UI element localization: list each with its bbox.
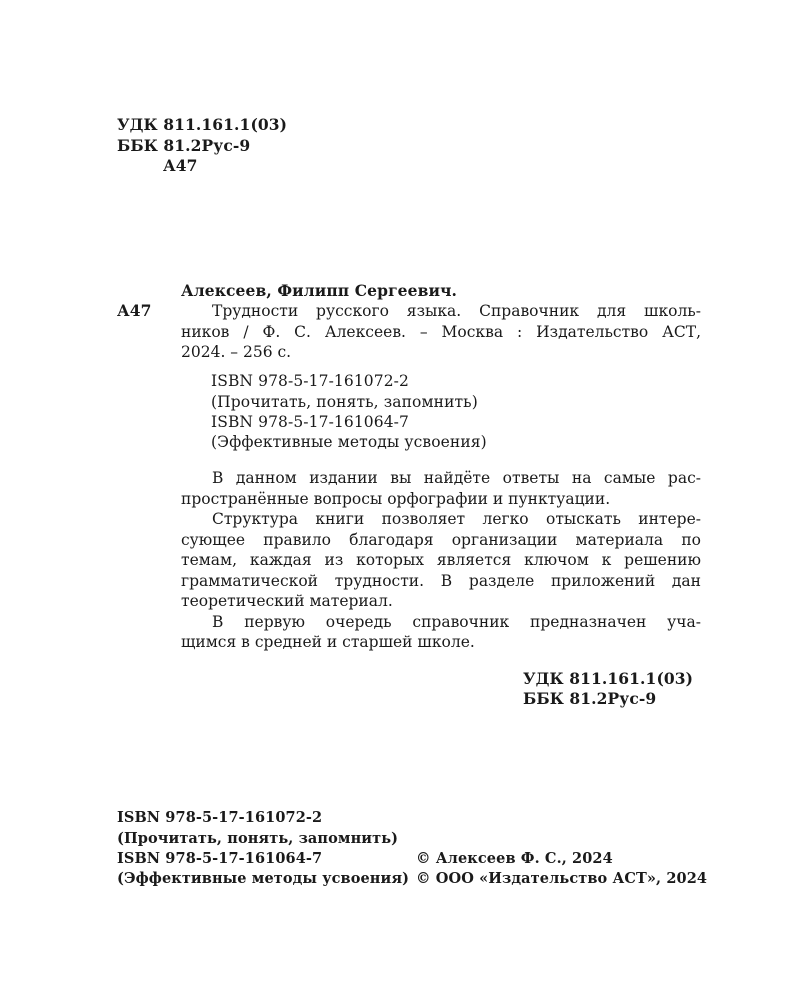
footer-series-2: (Эффективные методы усвоения) [117,869,409,889]
description-line: 2024. – 256 с. [181,342,701,363]
copyright-author: © Алексеев Ф. С., 2024 [416,849,613,869]
author-heading: Алексеев, Филипп Сергеевич. [181,281,457,301]
top-bbk: ББК 81.2Рус-9 [117,136,250,156]
record-isbn-2: ISBN 978-5-17-161064-7 [211,412,409,432]
top-author-mark: А47 [163,156,198,176]
footer-isbn-1: ISBN 978-5-17-161072-2 [117,808,322,828]
top-udk: УДК 811.161.1(03) [117,115,287,135]
bottom-udk: УДК 811.161.1(03) [523,669,693,689]
annotation-line: теоретический материал. [181,591,701,612]
annotation-line: сующее правило благодаря организации мат… [181,530,701,551]
record-series-1: (Прочитать, понять, запомнить) [211,392,478,412]
description-line: Трудности русского языка. Справочник для… [181,301,701,322]
description-line: ников / Ф. С. Алексеев. – Москва : Издат… [181,322,701,343]
record-series-2: (Эффективные методы усвоения) [211,432,487,452]
annotation-line: В данном издании вы найдёте ответы на са… [181,468,701,489]
annotation-line: темам, каждая из которых является ключом… [181,550,701,571]
record-author-mark: А47 [117,301,152,321]
annotation: В данном издании вы найдёте ответы на са… [181,468,701,653]
footer-series-1: (Прочитать, понять, запомнить) [117,829,398,849]
record-description: Трудности русского языка. Справочник для… [181,301,701,363]
annotation-line: грамматической трудности. В разделе прил… [181,571,701,592]
bottom-bbk: ББК 81.2Рус-9 [523,689,656,709]
imprint-page: УДК 811.161.1(03) ББК 81.2Рус-9 А47 Алек… [0,0,800,1000]
annotation-line: пространённые вопросы орфографии и пункт… [181,489,701,510]
annotation-line: щимся в средней и старшей школе. [181,632,701,653]
annotation-line: Структура книги позволяет легко отыскать… [181,509,701,530]
footer-isbn-2: ISBN 978-5-17-161064-7 [117,849,322,869]
annotation-line: В первую очередь справочник предназначен… [181,612,701,633]
copyright-publisher: © ООО «Издательство АСТ», 2024 [416,869,707,889]
record-isbn-1: ISBN 978-5-17-161072-2 [211,371,409,391]
